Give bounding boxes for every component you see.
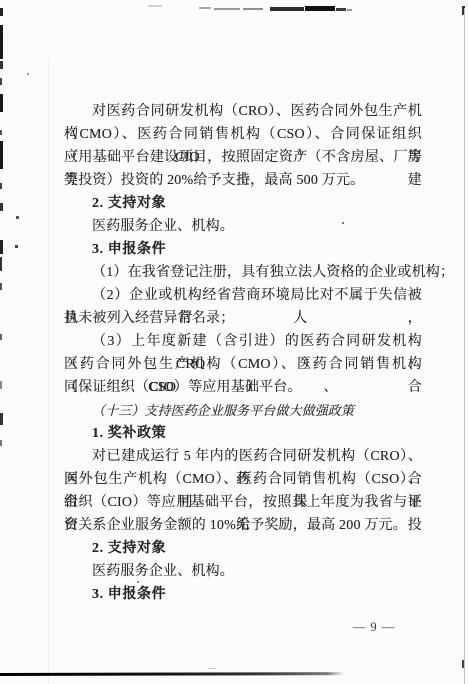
scanned-document-page: 对医药合同研发机构（CRO）、医药合同外包生产机构 （CMO）、医药合同销售机构… (0, 0, 468, 684)
section-heading: 1. 奖补政策 (64, 422, 422, 445)
section-heading: 2. 支持对象 (64, 537, 422, 560)
paragraph-line: 医药服务企业、机构。 (64, 215, 422, 238)
paragraph-line: 对医药合同研发机构（CRO）、医药合同外包生产机构 (64, 100, 422, 123)
paragraph-line: 组织（CIO）等应用基础平台，按照其上年度为我省与平台无投 (64, 491, 422, 514)
paragraph-line: （2）企业或机构经省营商环境局比对不属于失信被执行人， (64, 284, 422, 307)
scan-bottom-line (0, 672, 344, 676)
section-heading: 2. 支持对象 (64, 192, 422, 215)
paragraph-line: 同外包生产机构（CMO）、医药合同销售机构（CSO）、合同保证 (64, 468, 422, 491)
paragraph-line: 资关系企业服务金额的 10%给予奖励，最高 200 万元。 (64, 514, 422, 537)
page-number: — 9 — (348, 620, 400, 635)
paragraph-line: （3）上年度新建（含引进）的医药合同研发机构（CRO）、 (64, 330, 422, 353)
paragraph-line: 医药服务企业、机构。 (64, 560, 422, 583)
paragraph-line: 医药合同外包生产机构（CMO）、医药合同销售机构（CSO）、合 (64, 353, 422, 376)
chapter-heading: （十三）支持医药企业服务平台做大做强政策 (64, 399, 422, 422)
page-fold-line (48, 60, 49, 684)
paragraph-line: 对已建成运行 5 年内的医药合同研发机构（CRO）、医药合 (64, 445, 422, 468)
section-heading: 3. 申报条件 (64, 583, 422, 606)
document-text-block: 对医药合同研发机构（CRO）、医药合同外包生产机构 （CMO）、医药合同销售机构… (64, 100, 422, 606)
paragraph-line: （1）在我省登记注册，具有独立法人资格的企业或机构； (64, 261, 422, 284)
section-heading: 3. 申报条件 (64, 238, 422, 261)
page-edge-line (464, 8, 465, 684)
paragraph-line: （CMO）、医药合同销售机构（CSO）、合同保证组织（CIO）等 (64, 123, 422, 146)
paragraph-line: 应用基础平台建设项目，按照固定资产（不含房屋、厂房等土建 (64, 146, 422, 169)
